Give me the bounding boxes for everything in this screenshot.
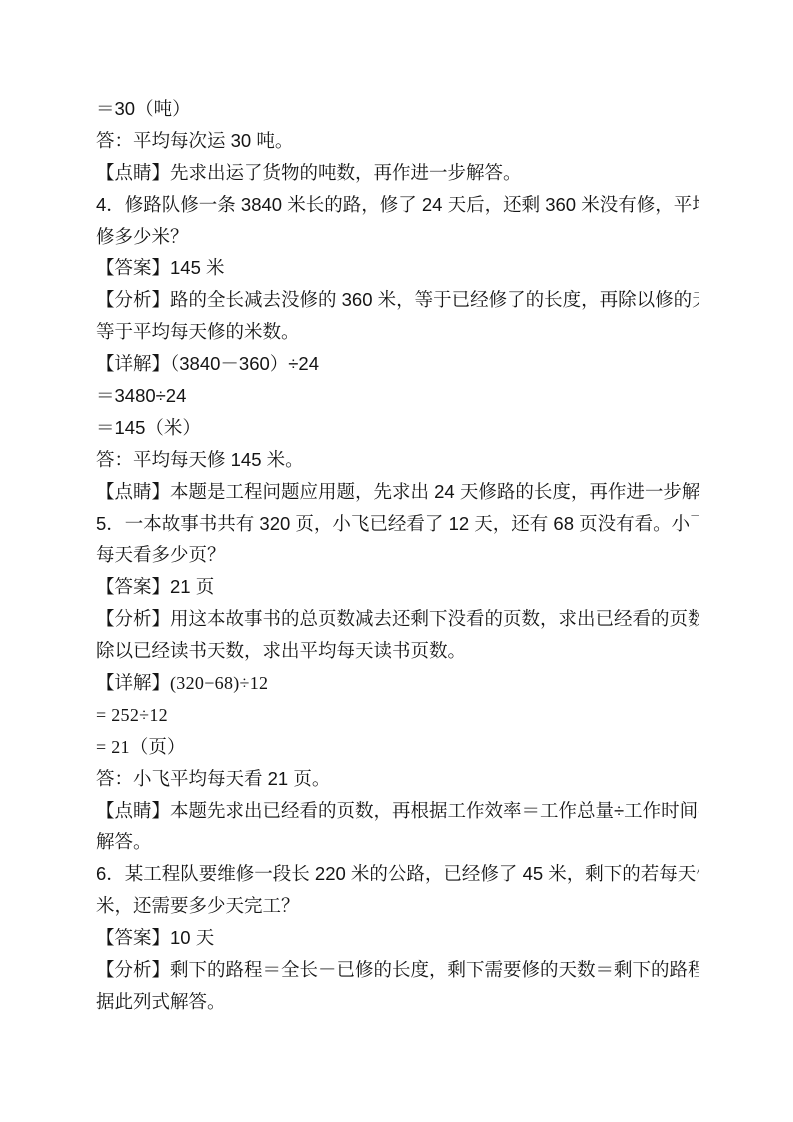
solution-line: 【详解】(320−68)÷12 bbox=[96, 667, 699, 699]
equation-line: = 21（页） bbox=[96, 731, 699, 763]
analysis-line: 【分析】路的全长减去没修的 360 米，等于已经修了的长度，再除以修的天数即 bbox=[96, 284, 699, 316]
equation-line: ＝3480÷24 bbox=[96, 380, 699, 412]
analysis-line: 据此列式解答。 bbox=[96, 986, 699, 1018]
analysis-line: 等于平均每天修的米数。 bbox=[96, 316, 699, 348]
analysis-line: 【分析】剩下的路程＝全长－已修的长度，剩下需要修的天数＝剩下的路程÷18； bbox=[96, 954, 699, 986]
worksheet-text-block: ＝30（吨） 答：平均每次运 30 吨。 【点睛】先求出运了货物的吨数，再作进一… bbox=[96, 93, 699, 1018]
analysis-line: 【分析】用这本故事书的总页数减去还剩下没看的页数，求出已经看的页数，再 bbox=[96, 603, 699, 635]
problem-5-statement-line: 每天看多少页？ bbox=[96, 539, 699, 571]
answer-sentence-line: 答：小飞平均每天看 21 页。 bbox=[96, 763, 699, 795]
solution-label: 【详解】 bbox=[96, 672, 170, 693]
document-page: ＝30（吨） 答：平均每次运 30 吨。 【点睛】先求出运了货物的吨数，再作进一… bbox=[0, 0, 793, 1122]
problem-6-statement-line: 米，还需要多少天完工？ bbox=[96, 890, 699, 922]
problem-4-statement-line: 4．修路队修一条 3840 米长的路，修了 24 天后，还剩 360 米没有修，… bbox=[96, 189, 699, 221]
tip-line: 【点睛】本题是工程问题应用题，先求出 24 天修路的长度，再作进一步解答。 bbox=[96, 476, 699, 508]
equation-line: = 252÷12 bbox=[96, 699, 699, 731]
unit-label: （页） bbox=[130, 736, 186, 757]
tip-line: 解答。 bbox=[96, 826, 699, 858]
answer-line: 【答案】145 米 bbox=[96, 252, 699, 284]
math-formula: (320−68)÷12 bbox=[170, 673, 268, 693]
problem-6-statement-line: 6．某工程队要维修一段长 220 米的公路，已经修了 45 米，剩下的若每天修 … bbox=[96, 858, 699, 890]
tip-line: 【点睛】先求出运了货物的吨数，再作进一步解答。 bbox=[96, 157, 699, 189]
equation-result-line: ＝30（吨） bbox=[96, 93, 699, 125]
answer-line: 【答案】21 页 bbox=[96, 571, 699, 603]
solution-line: 【详解】（3840－360）÷24 bbox=[96, 348, 699, 380]
problem-5-statement-line: 5．一本故事书共有 320 页，小飞已经看了 12 天，还有 68 页没有看。小… bbox=[96, 508, 699, 540]
problem-4-statement-line: 修多少米？ bbox=[96, 221, 699, 253]
answer-sentence-line: 答：平均每天修 145 米。 bbox=[96, 444, 699, 476]
tip-line: 【点睛】本题先求出已经看的页数，再根据工作效率＝工作总量÷工作时间列式 bbox=[96, 795, 699, 827]
answer-line: 【答案】10 天 bbox=[96, 922, 699, 954]
math-formula: = 252÷12 bbox=[96, 705, 168, 725]
answer-sentence-line: 答：平均每次运 30 吨。 bbox=[96, 125, 699, 157]
equation-line: ＝145（米） bbox=[96, 412, 699, 444]
analysis-line: 除以已经读书天数，求出平均每天读书页数。 bbox=[96, 635, 699, 667]
math-formula: = 21 bbox=[96, 737, 130, 757]
